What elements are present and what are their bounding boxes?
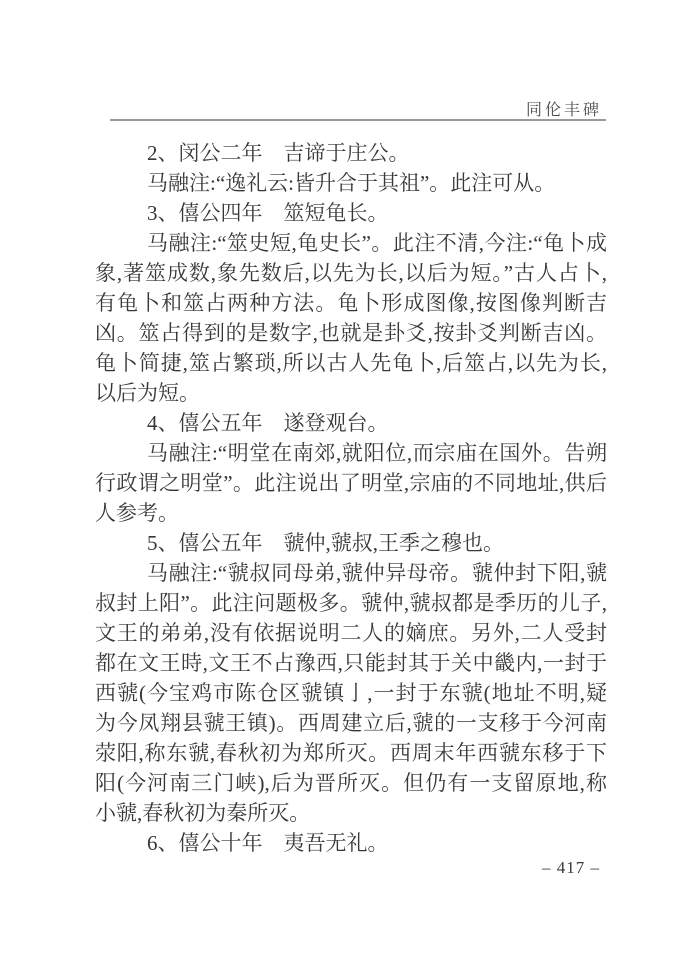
text-line: 5、僖公五年 虢仲,虢叔,王季之穆也。 <box>95 528 607 558</box>
text-line: 马融注:“虢叔同母弟,虢仲异母帝。虢仲封下阳,虢 <box>95 558 607 588</box>
text-line: 为今凤翔县虢王镇)。西周建立后,虢的一支移于今河南 <box>95 708 607 738</box>
text-line: 马融注:“明堂在南郊,就阳位,而宗庙在国外。告朔 <box>95 438 607 468</box>
running-title: 同伦丰碑 <box>526 97 602 120</box>
text-block: 2、闵公二年 吉谛于庄公。 马融注:“逸礼云:皆升合于其祖”。此注可从。 3、僖… <box>95 138 607 858</box>
text-line: 象,著筮成数,象先数后,以先为长,以后为短。”古人占卜, <box>95 258 607 288</box>
text-line: 人参考。 <box>95 498 607 528</box>
header-rule-divider <box>110 119 606 121</box>
text-line: 以后为短。 <box>95 378 607 408</box>
page-number: – 417 – <box>542 858 600 878</box>
book-page: 同伦丰碑 2、闵公二年 吉谛于庄公。 马融注:“逸礼云:皆升合于其祖”。此注可从… <box>0 0 692 968</box>
text-line: 4、僖公五年 遂登观台。 <box>95 408 607 438</box>
text-line: 马融注:“筮史短,龟史长”。此注不清,今注:“龟卜成 <box>95 228 607 258</box>
text-line: 有龟卜和筮占两种方法。龟卜形成图像,按图像判断吉 <box>95 288 607 318</box>
text-line: 荥阳,称东虢,春秋初为郑所灭。西周末年西虢东移于下 <box>95 738 607 768</box>
text-line: 都在文王時,文王不占豫西,只能封其于关中畿内,一封于 <box>95 648 607 678</box>
text-line: 6、僖公十年 夷吾无礼。 <box>95 828 607 858</box>
text-line: 叔封上阳”。此注问题极多。虢仲,虢叔都是季历的儿子, <box>95 588 607 618</box>
text-line: 文王的弟弟,没有依据说明二人的嫡庶。另外,二人受封 <box>95 618 607 648</box>
text-line: 凶。筮占得到的是数字,也就是卦爻,按卦爻判断吉凶。 <box>95 318 607 348</box>
text-line: 阳(今河南三门峡),后为晋所灭。但仍有一支留原地,称 <box>95 768 607 798</box>
text-line: 小虢,春秋初为秦所灭。 <box>95 798 607 828</box>
text-line: 西虢(今宝鸡市陈仓区虢镇亅,一封于东虢(地址不明,疑 <box>95 678 607 708</box>
text-line: 2、闵公二年 吉谛于庄公。 <box>95 138 607 168</box>
text-line: 马融注:“逸礼云:皆升合于其祖”。此注可从。 <box>95 168 607 198</box>
text-line: 行政谓之明堂”。此注说出了明堂,宗庙的不同地址,供后 <box>95 468 607 498</box>
text-line: 3、僖公四年 筮短龟长。 <box>95 198 607 228</box>
text-line: 龟卜简捷,筮占繁琐,所以古人先龟卜,后筮占,以先为长, <box>95 348 607 378</box>
